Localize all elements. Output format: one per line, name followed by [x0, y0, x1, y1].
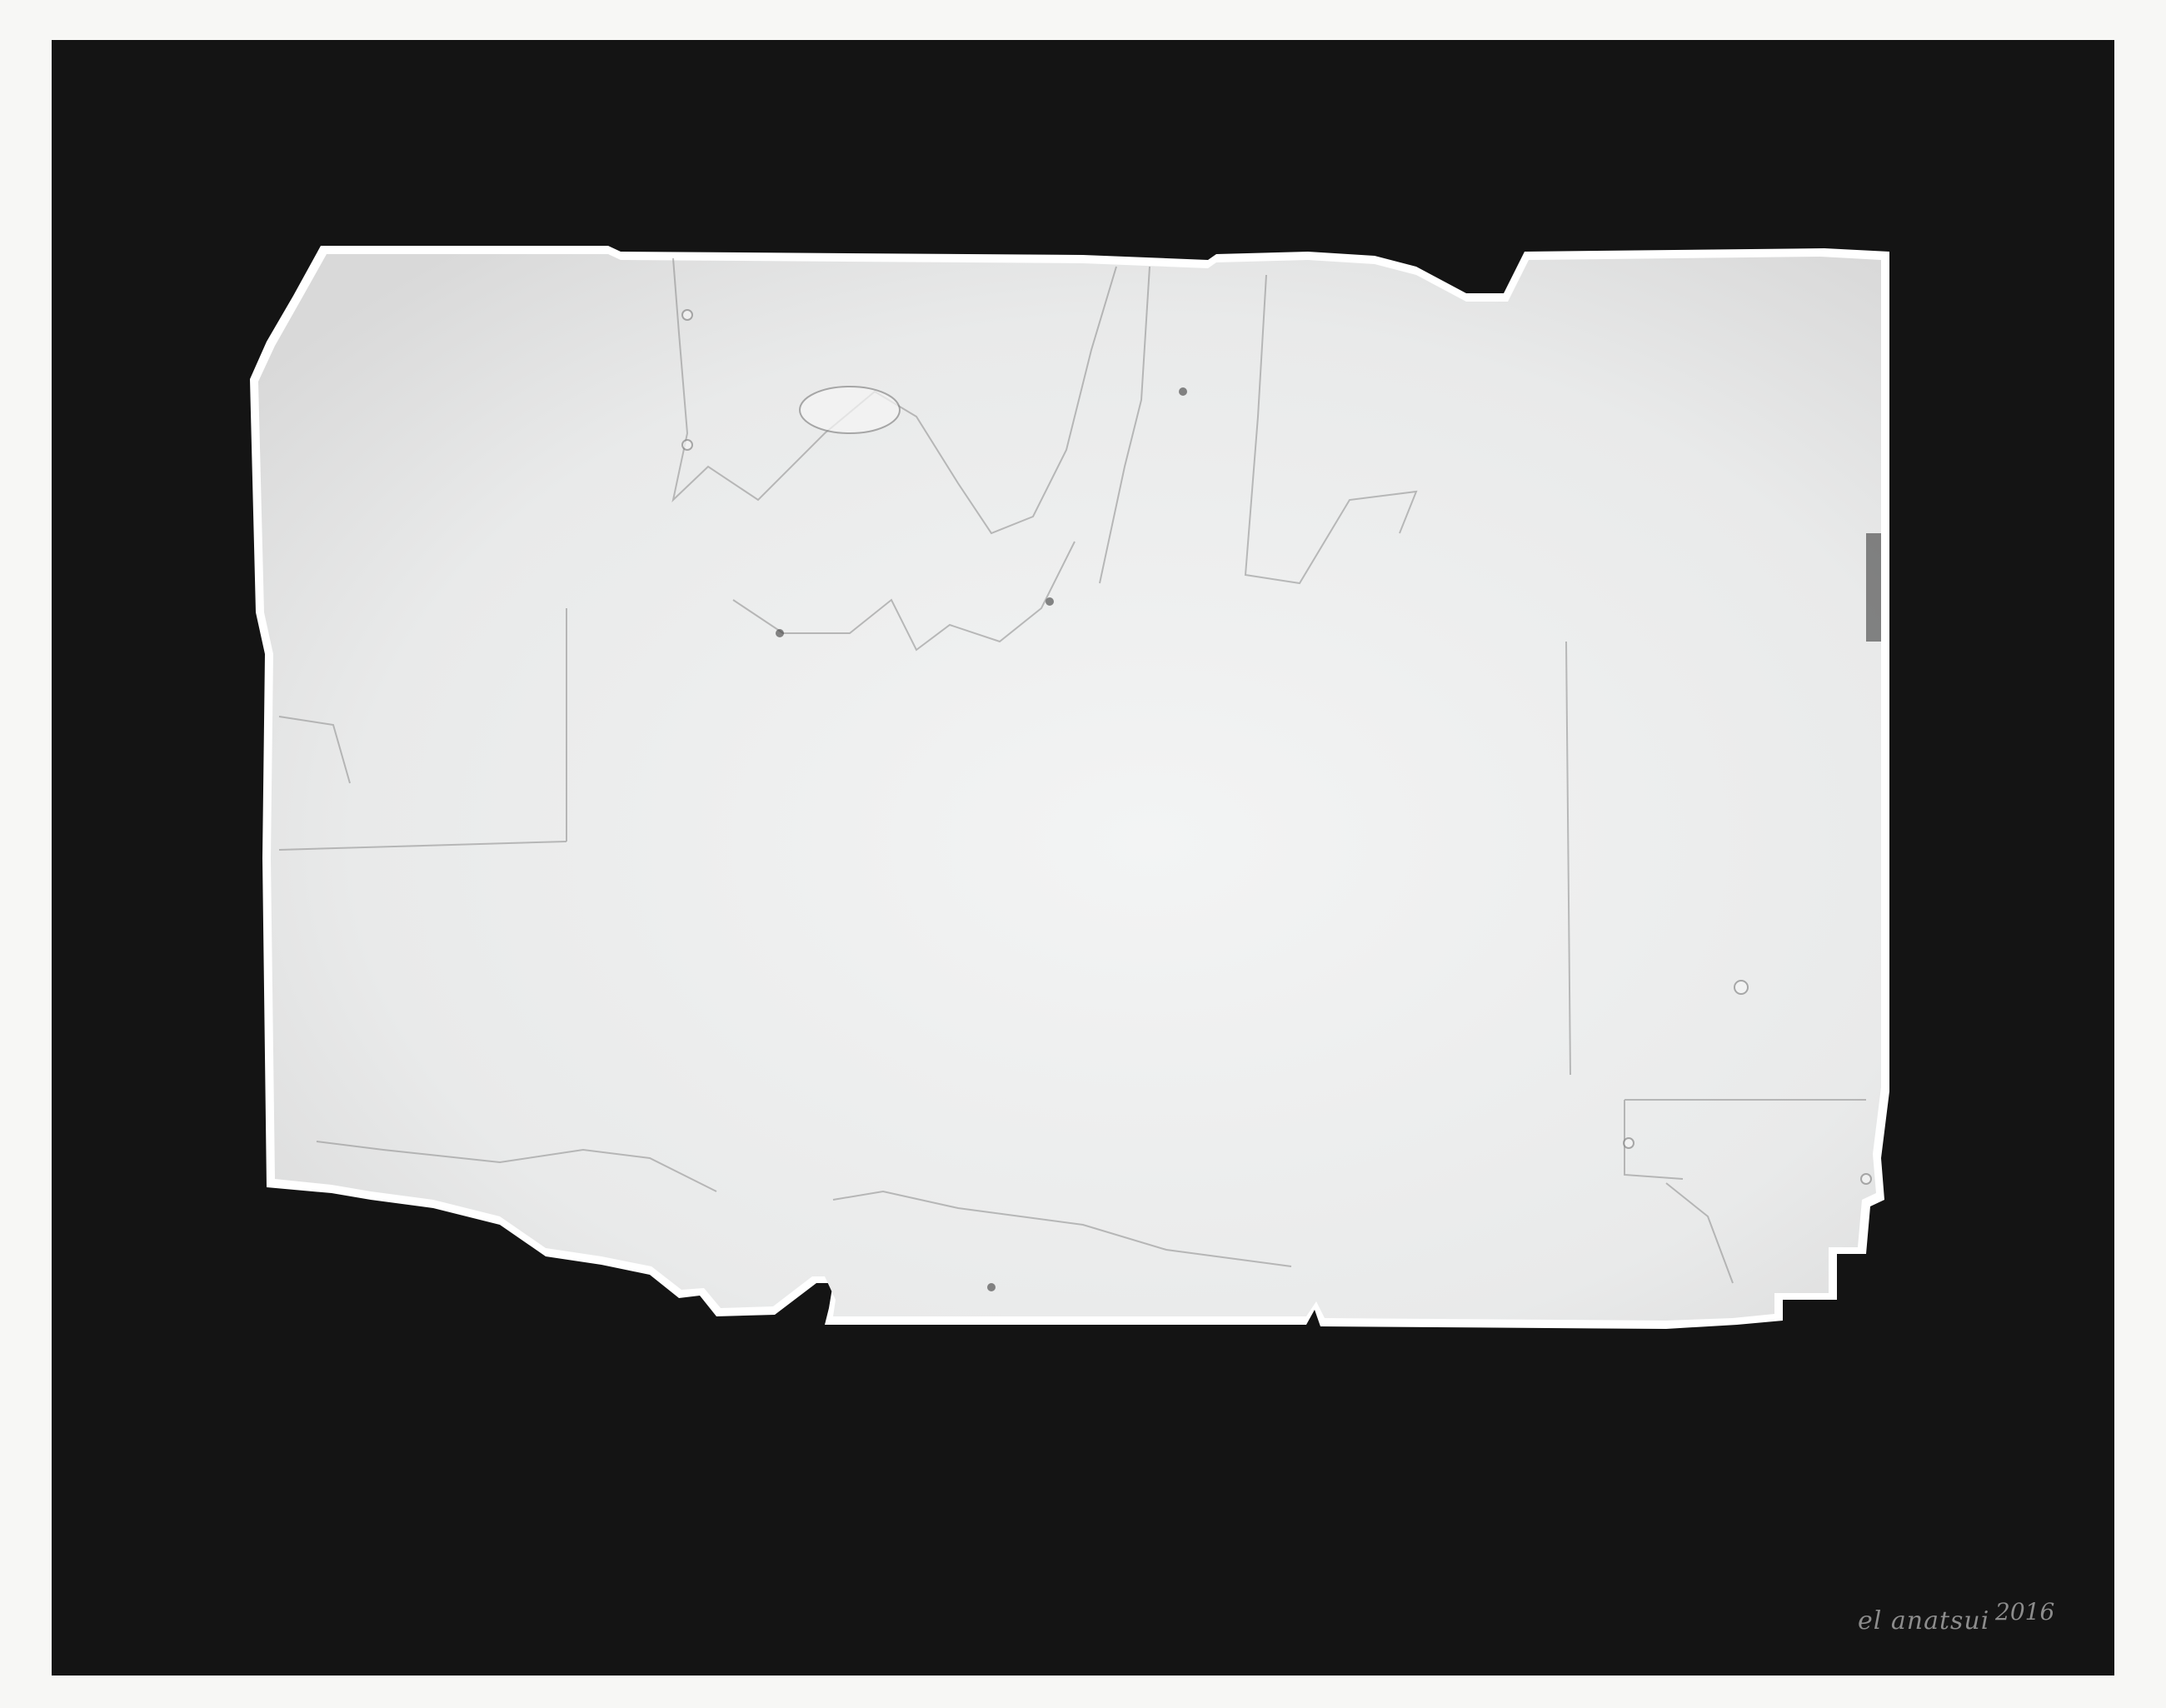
- relief-print-plate: [0, 0, 2166, 1708]
- signature-year: 2016: [1995, 1598, 2054, 1626]
- artist-signature: el anatsui: [1858, 1606, 1989, 1636]
